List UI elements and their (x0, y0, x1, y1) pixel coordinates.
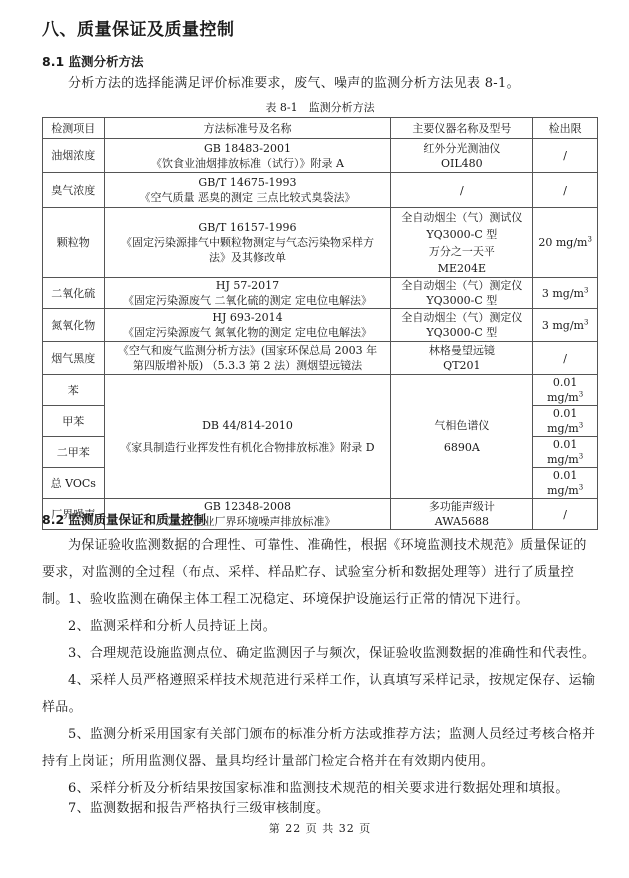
method-name: 《空气质量 恶臭的测定 三点比较式臭袋法》 (108, 190, 388, 205)
instrument-model: YQ3000-C 型 (394, 293, 529, 308)
list-item: 4、采样人员严格遵照采样技术规范进行采样工作，认真填写采样记录，按规定保存、运输… (42, 667, 598, 721)
cell-limit: 0.01 mg/m3 (533, 468, 598, 499)
method-name: 《家具制造行业挥发性有机化合物排放标准》附录 D (108, 437, 388, 459)
method-code: HJ 57-2017 (108, 278, 388, 293)
instrument-model: QT201 (394, 358, 529, 373)
table-header-row: 检测项目 方法标准号及名称 主要仪器名称及型号 检出限 (43, 118, 598, 139)
method-code: GB 18483-2001 (108, 141, 388, 156)
cell-method: GB/T 16157-1996 《固定污染源排气中颗粒物测定与气态污染物采样方法… (104, 208, 391, 278)
limit-exponent: 3 (579, 421, 583, 429)
limit-value: 3 mg/m (542, 319, 584, 332)
cell-limit: / (533, 173, 598, 208)
instrument-model: OIL480 (394, 156, 529, 171)
page-number: 第 22 页 共 32 页 (42, 820, 598, 836)
method-name-line-1: 《空气和废气监测分析方法》(国家环保总局 2003 年 (108, 343, 388, 358)
limit-value: 20 mg/m (538, 236, 587, 249)
instrument-name: 气相色谱仪 (394, 415, 529, 437)
instrument-model-2: ME204E (394, 260, 529, 277)
instrument-model: YQ3000-C 型 (394, 226, 529, 243)
cell-item: 二甲苯 (43, 437, 105, 468)
instrument-model: 6890A (394, 437, 529, 459)
cell-instrument: 多功能声级计 AWA5688 (391, 499, 533, 530)
header-item: 检测项目 (43, 118, 105, 139)
cell-item: 臭气浓度 (43, 173, 105, 208)
table-row: 烟气黑度 《空气和废气监测分析方法》(国家环保总局 2003 年 第四版增补版)… (43, 342, 598, 375)
limit-exponent: 3 (579, 452, 583, 460)
cell-item: 二氧化硫 (43, 278, 105, 309)
cell-instrument: 林格曼望远镜 QT201 (391, 342, 533, 375)
cell-item: 氮氧化物 (43, 309, 105, 342)
instrument-name: 林格曼望远镜 (394, 343, 529, 358)
method-name: 《饮食业油烟排放标准（试行）》附录 A (108, 156, 388, 171)
instrument-model: AWA5688 (394, 514, 529, 529)
list-item: 7、监测数据和报告严格执行三级审核制度。 (42, 798, 598, 820)
cell-instrument: 红外分光测油仪 OIL480 (391, 139, 533, 173)
cell-limit: 3 mg/m3 (533, 309, 598, 342)
table-row: 颗粒物 GB/T 16157-1996 《固定污染源排气中颗粒物测定与气态污染物… (43, 208, 598, 278)
cell-item: 甲苯 (43, 406, 105, 437)
method-name: 《固定污染源废气 氮氧化物的测定 定电位电解法》 (108, 325, 388, 340)
method-name: 《固定污染源排气中颗粒物测定与气态污染物采样方法》及其修改单 (108, 235, 388, 265)
table-caption: 表 8-1 监测分析方法 (42, 99, 598, 115)
cell-limit: 0.01 mg/m3 (533, 406, 598, 437)
cell-item: 颗粒物 (43, 208, 105, 278)
methods-table: 检测项目 方法标准号及名称 主要仪器名称及型号 检出限 油烟浓度 GB 1848… (42, 117, 598, 530)
instrument-name: 多功能声级计 (394, 499, 529, 514)
method-name-line-2: 第四版增补版) （5.3.3 第 2 法）测烟望远镜法 (108, 358, 388, 373)
header-method: 方法标准号及名称 (104, 118, 391, 139)
list-item: 1、验收监测在确保主体工程工况稳定、环境保护设施运行正常的情况下进行。 (42, 586, 598, 613)
instrument-model: YQ3000-C 型 (394, 325, 529, 340)
limit-exponent: 3 (587, 235, 591, 243)
cell-limit: 0.01 mg/m3 (533, 437, 598, 468)
cell-method: GB 18483-2001 《饮食业油烟排放标准（试行）》附录 A (104, 139, 391, 173)
cell-instrument: / (391, 173, 533, 208)
instrument-name: 全自动烟尘（气）测定仪 (394, 278, 529, 293)
method-name: 《固定污染源废气 二氧化硫的测定 定电位电解法》 (108, 293, 388, 308)
instrument-name: 全自动烟尘（气）测定仪 (394, 310, 529, 325)
cell-method: HJ 693-2014 《固定污染源废气 氮氧化物的测定 定电位电解法》 (104, 309, 391, 342)
subsection-title-8-2: 8.2 监测质量保证和质量控制 (42, 510, 206, 528)
cell-instrument: 气相色谱仪 6890A (391, 375, 533, 499)
cell-item: 总 VOCs (43, 468, 105, 499)
limit-exponent: 3 (584, 286, 588, 294)
cell-method: DB 44/814-2010 《家具制造行业挥发性有机化合物排放标准》附录 D (104, 375, 391, 499)
cell-limit: 0.01 mg/m3 (533, 375, 598, 406)
instrument-name-2: 万分之一天平 (394, 243, 529, 260)
section-title: 八、质量保证及质量控制 (42, 15, 235, 40)
table-row: 氮氧化物 HJ 693-2014 《固定污染源废气 氮氧化物的测定 定电位电解法… (43, 309, 598, 342)
instrument-name: 红外分光测油仪 (394, 141, 529, 156)
limit-value: 0.01 mg/m (547, 376, 579, 404)
cell-item: 油烟浓度 (43, 139, 105, 173)
header-instrument: 主要仪器名称及型号 (391, 118, 533, 139)
list-item: 2、监测采样和分析人员持证上岗。 (42, 613, 598, 640)
limit-value: 0.01 mg/m (547, 438, 579, 466)
limit-value: 0.01 mg/m (547, 469, 579, 497)
cell-item: 烟气黑度 (43, 342, 105, 375)
table-row: 苯 DB 44/814-2010 《家具制造行业挥发性有机化合物排放标准》附录 … (43, 375, 598, 406)
table-row: 油烟浓度 GB 18483-2001 《饮食业油烟排放标准（试行）》附录 A 红… (43, 139, 598, 173)
cell-limit: 3 mg/m3 (533, 278, 598, 309)
cell-method: 《空气和废气监测分析方法》(国家环保总局 2003 年 第四版增补版) （5.3… (104, 342, 391, 375)
cell-limit: / (533, 342, 598, 375)
cell-method: HJ 57-2017 《固定污染源废气 二氧化硫的测定 定电位电解法》 (104, 278, 391, 309)
instrument-name: 全自动烟尘（气）测试仪 (394, 209, 529, 226)
method-code: HJ 693-2014 (108, 310, 388, 325)
list-item: 5、监测分析采用国家有关部门颁布的标准分析方法或推荐方法；监测人员经过考核合格并… (42, 721, 598, 775)
cell-method: GB/T 14675-1993 《空气质量 恶臭的测定 三点比较式臭袋法》 (104, 173, 391, 208)
subsection-title-8-1: 8.1 监测分析方法 (42, 52, 144, 70)
cell-limit: 20 mg/m3 (533, 208, 598, 278)
limit-exponent: 3 (579, 483, 583, 491)
cell-limit: / (533, 499, 598, 530)
cell-instrument: 全自动烟尘（气）测定仪 YQ3000-C 型 (391, 309, 533, 342)
limit-value: 3 mg/m (542, 287, 584, 300)
method-code: GB/T 14675-1993 (108, 175, 388, 190)
table-row: 二氧化硫 HJ 57-2017 《固定污染源废气 二氧化硫的测定 定电位电解法》… (43, 278, 598, 309)
list-item: 3、合理规范设施监测点位、确定监测因子与频次，保证验收监测数据的准确性和代表性。 (42, 640, 598, 667)
limit-value: 0.01 mg/m (547, 407, 579, 435)
method-code: DB 44/814-2010 (108, 415, 388, 437)
table-row: 臭气浓度 GB/T 14675-1993 《空气质量 恶臭的测定 三点比较式臭袋… (43, 173, 598, 208)
limit-exponent: 3 (579, 390, 583, 398)
limit-exponent: 3 (584, 318, 588, 326)
intro-paragraph-8-1: 分析方法的选择能满足评价标准要求，废气、噪声的监测分析方法见表 8-1。 (42, 70, 598, 97)
cell-item: 苯 (43, 375, 105, 406)
cell-instrument: 全自动烟尘（气）测定仪 YQ3000-C 型 (391, 278, 533, 309)
cell-limit: / (533, 139, 598, 173)
header-limit: 检出限 (533, 118, 598, 139)
method-code: GB/T 16157-1996 (108, 220, 388, 235)
cell-instrument: 全自动烟尘（气）测试仪 YQ3000-C 型 万分之一天平 ME204E (391, 208, 533, 278)
